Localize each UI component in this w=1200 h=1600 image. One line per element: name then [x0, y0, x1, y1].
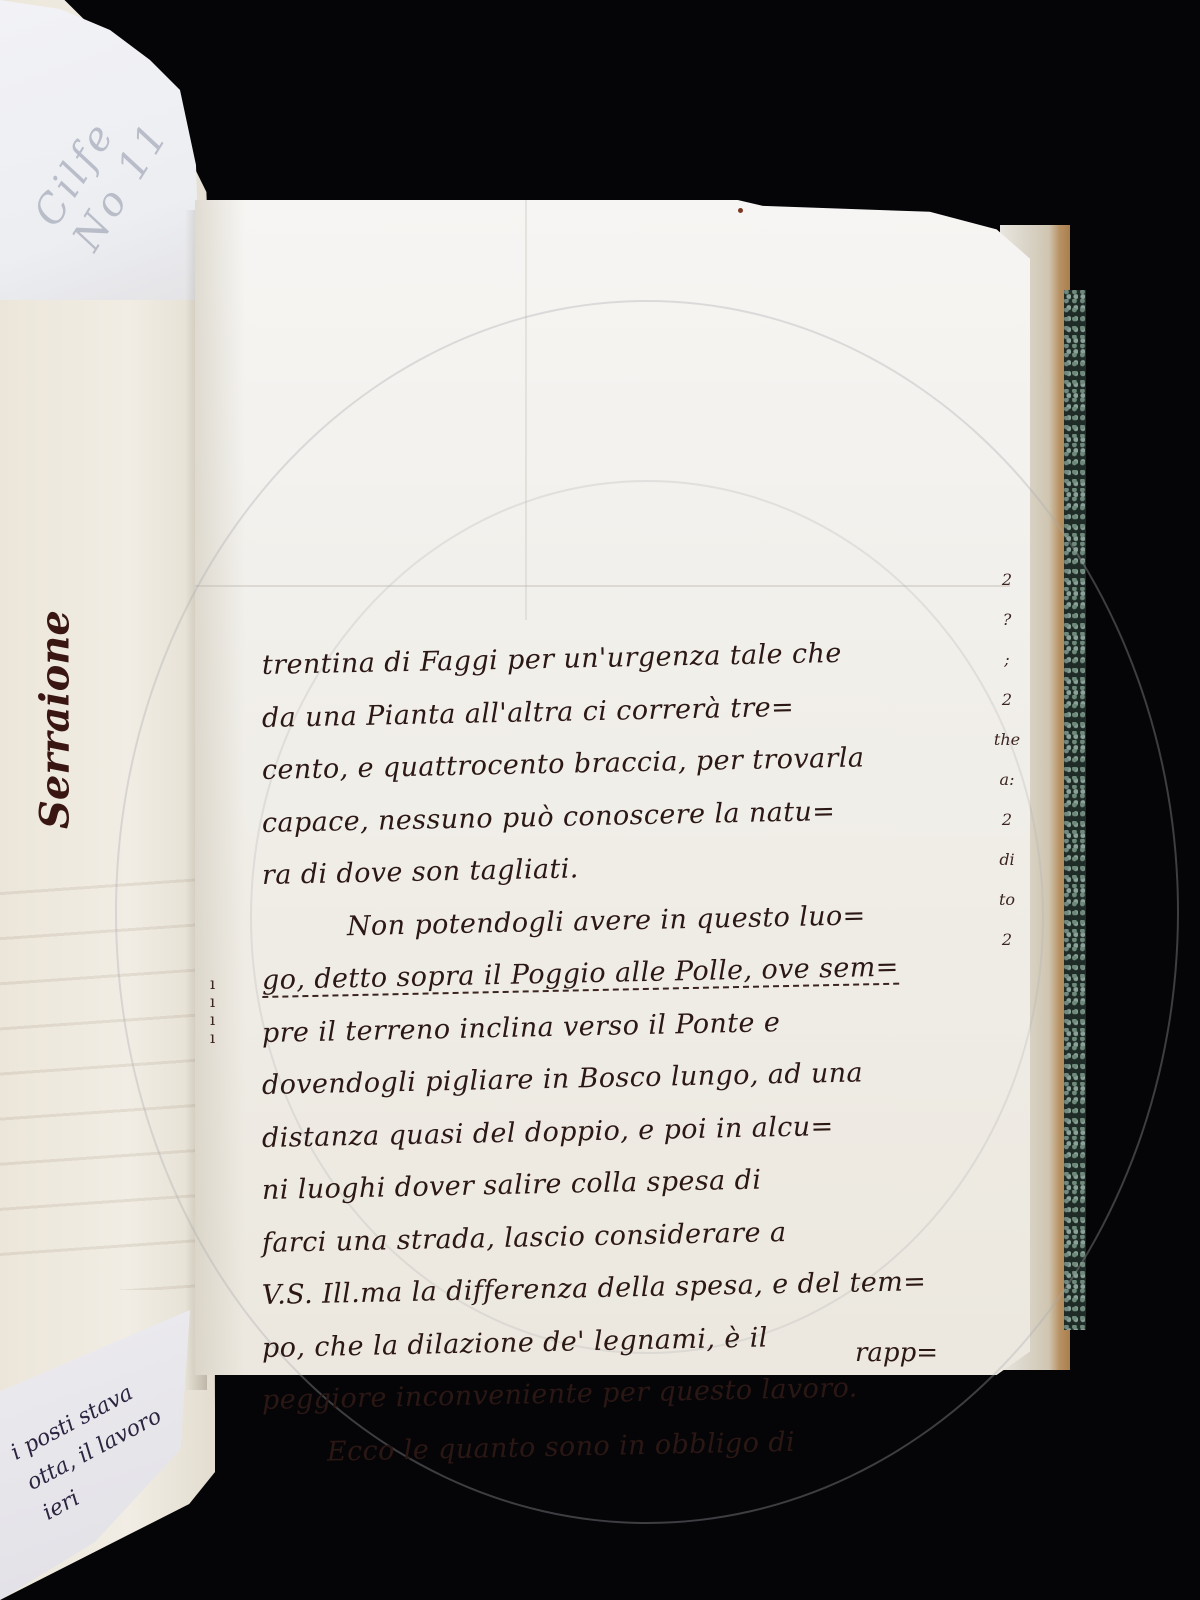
margin-ticks-left: ıııı — [210, 975, 230, 1065]
margin-mark: 2 — [992, 560, 1022, 600]
margin-mark: the — [992, 720, 1022, 760]
margin-mark: to — [992, 880, 1022, 920]
fold-crease-vertical — [525, 200, 527, 620]
margin-mark: 2 — [992, 800, 1022, 840]
ink-spot — [738, 208, 743, 213]
manuscript-photo: Cilfe No 11 Serraione i posti stava otta… — [0, 0, 1200, 1600]
catchword: rapp= — [855, 1338, 938, 1368]
margin-mark: 2 — [992, 680, 1022, 720]
margin-mark: ; — [992, 640, 1022, 680]
fold-crease — [195, 585, 1010, 587]
margin-mark: 2 — [992, 920, 1022, 960]
underlined-phrase: go, detto sopra il Poggio alle Polle, ov… — [262, 952, 899, 998]
margin-mark: ? — [992, 600, 1022, 640]
margin-marks-right: 2 ? ; 2 the a: 2 di to 2 — [992, 560, 1022, 1280]
left-marginal-word: Serraione — [10, 590, 100, 850]
left-page-faint-writing — [0, 850, 200, 1290]
margin-mark: a: — [992, 760, 1022, 800]
margin-mark: di — [992, 840, 1022, 880]
marbled-board-edge — [1064, 290, 1086, 1330]
